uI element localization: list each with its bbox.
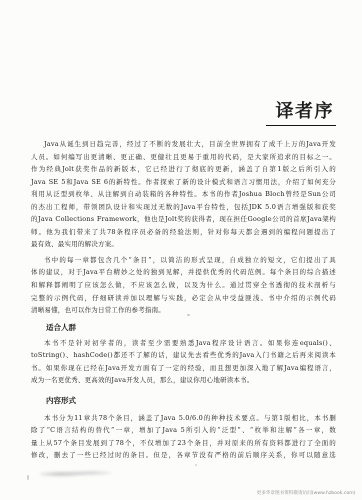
- chapter-title-row: 译者序: [31, 101, 336, 126]
- text-line: 人员。如何编写出更清晰、更正确、更健壮且更易于重用的代码，是大家所追求的目标之一…: [31, 151, 336, 164]
- paragraph-structure: 书中的每一章都包含几个“条目”，以简洁的形式呈现，自成独立的短文，它们提出了具 …: [31, 254, 336, 317]
- scan-speck: [265, 231, 267, 233]
- book-page: 译者序 Java从诞生到日趋完善，经过了不断的发展壮大，目前全世界拥有了成千上万…: [0, 0, 362, 500]
- text-line: 完整的示例代码，仔细研读并加以理解与实践，必定会从中受益匪浅。书中介绍的示例代码: [31, 292, 336, 305]
- text-line: 作为经典Jolt获奖作品的新版本，它已经进行了彻底的更新，涵盖了自第1版之后所引…: [31, 163, 336, 176]
- section-heading-format: 内容形式: [31, 395, 336, 407]
- scan-speck: [195, 464, 197, 466]
- text-line: 量上从57个条目发展到了78个，不仅增加了23个条目，并对原来的所有资料都进行了…: [31, 437, 336, 450]
- text-line: Java从诞生到日趋完善，经过了不断的发展壮大，目前全世界拥有了成千上万的Jav…: [31, 138, 336, 151]
- text-line: 最有效、最实用的解决方案。: [31, 238, 336, 251]
- text-line: 书中的每一章都包含几个“条目”，以简洁的形式呈现，自成独立的短文，它们提出了具: [31, 254, 336, 267]
- text-line: 体的建议，对于Java平台精妙之处的独到见解，并提供优秀的代码范例。每个条目的综…: [31, 266, 336, 279]
- text-line: Java SE 5和Java SE 6的新特性。作者探索了新的设计模式和语言习惯…: [31, 176, 336, 189]
- text-line: 清晰易懂，也可以作为日常工作的参考指南。: [31, 304, 336, 317]
- text-line: toString()、hashCode()都还不了解的话，建议先去看些优秀的Ja…: [31, 349, 336, 362]
- watermark-text: 更多华章图书资料敬请访问(www.hzbook.com): [257, 489, 356, 495]
- paragraph-audience: 本书不是针对初学者的，读者至少需要熟悉Java程序设计语言。如果你连equals…: [31, 337, 336, 387]
- scan-smudge-artifact: [40, 468, 112, 479]
- text-line: 的杰出工程师，带领团队设计和实现过无数的Java平台特性，包括JDK 5.0语言…: [31, 201, 336, 214]
- scan-speck: [187, 314, 190, 316]
- text-line: 本书分为11章共78个条目，涵盖了Java 5.0/6.0的种种技术要点。与第1…: [31, 412, 336, 425]
- text-line: 本书不是针对初学者的，读者至少需要熟悉Java程序设计语言。如果你连equals…: [31, 337, 336, 350]
- section-heading-audience: 适合人群: [31, 322, 336, 334]
- text-line: 书。如果你现在已经在Java开发方面有了一定的经验，而且想更加深入地了解Java…: [31, 362, 336, 375]
- text-line: 修改，删去了一些已经过时的条目。但是，各章节没有严格的前后顺序关系，你可以随意选: [31, 449, 336, 462]
- paragraph-format: 本书分为11章共78个条目，涵盖了Java 5.0/6.0的种种技术要点。与第1…: [31, 412, 336, 462]
- text-line: 除了“C语言结构的替代”一章，增加了Java 5所引入的“泛型”、“枚举和注解”…: [31, 424, 336, 437]
- scan-speck: [27, 475, 29, 480]
- text-line: 的Java Collections Framework，他也是Jolt奖的获得者…: [31, 213, 336, 226]
- text-line: 师。他为我们带来了共78条程序员必备的经验法则，针对你每天都会遇到的编程问题提出…: [31, 226, 336, 239]
- page-title: 译者序: [266, 101, 337, 126]
- text-line: 利用从泛型到枚举、从注解到自动装箱的各种特性。本书的作者Joshua Bloch…: [31, 188, 336, 201]
- text-line: 成为一名更优秀、更高效的Java开发人员，那么，建议你用心地研读本书。: [31, 374, 336, 387]
- scan-speck: [283, 111, 285, 113]
- text-line: 和解释都阐明了应该怎么做，不应该怎么做，以及为什么。通过贯穿全书透彻的技术剖析与: [31, 279, 336, 292]
- paragraph-intro: Java从诞生到日趋完善，经过了不断的发展壮大，目前全世界拥有了成千上万的Jav…: [31, 138, 336, 251]
